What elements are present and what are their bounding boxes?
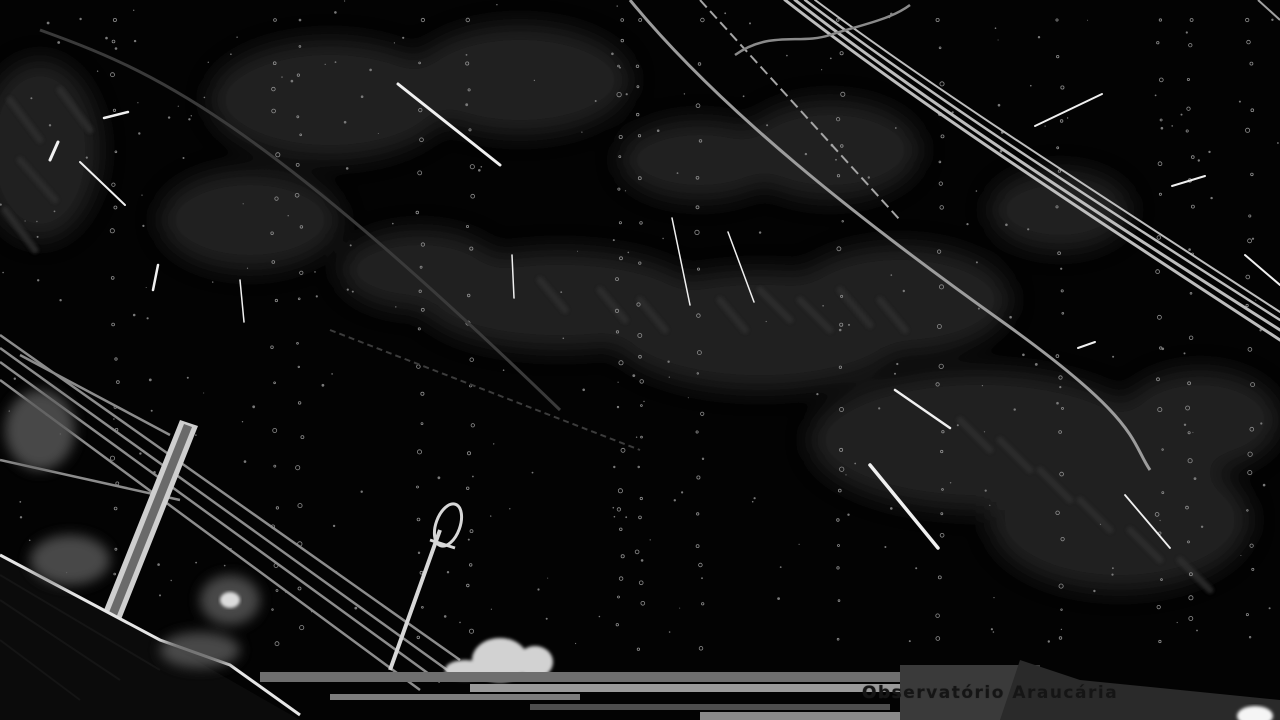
sky-camera-image: Observatório Araucária — [0, 0, 1280, 720]
meteor-15 — [240, 280, 244, 322]
sky-scene — [0, 0, 1280, 720]
street-light-small — [220, 592, 240, 608]
meteor-16 — [104, 112, 128, 118]
observatory-caption: Observatório Araucária — [862, 683, 1118, 705]
antenna — [390, 500, 467, 670]
building-bands — [260, 660, 1280, 720]
meteor-14 — [153, 265, 158, 290]
meteor-6 — [1245, 255, 1280, 285]
meteor-5 — [1172, 176, 1205, 186]
meteor-4 — [1035, 94, 1102, 126]
trail-right-edge — [1258, 0, 1280, 20]
meteor-8 — [1078, 342, 1095, 348]
utility-pole — [102, 420, 198, 622]
